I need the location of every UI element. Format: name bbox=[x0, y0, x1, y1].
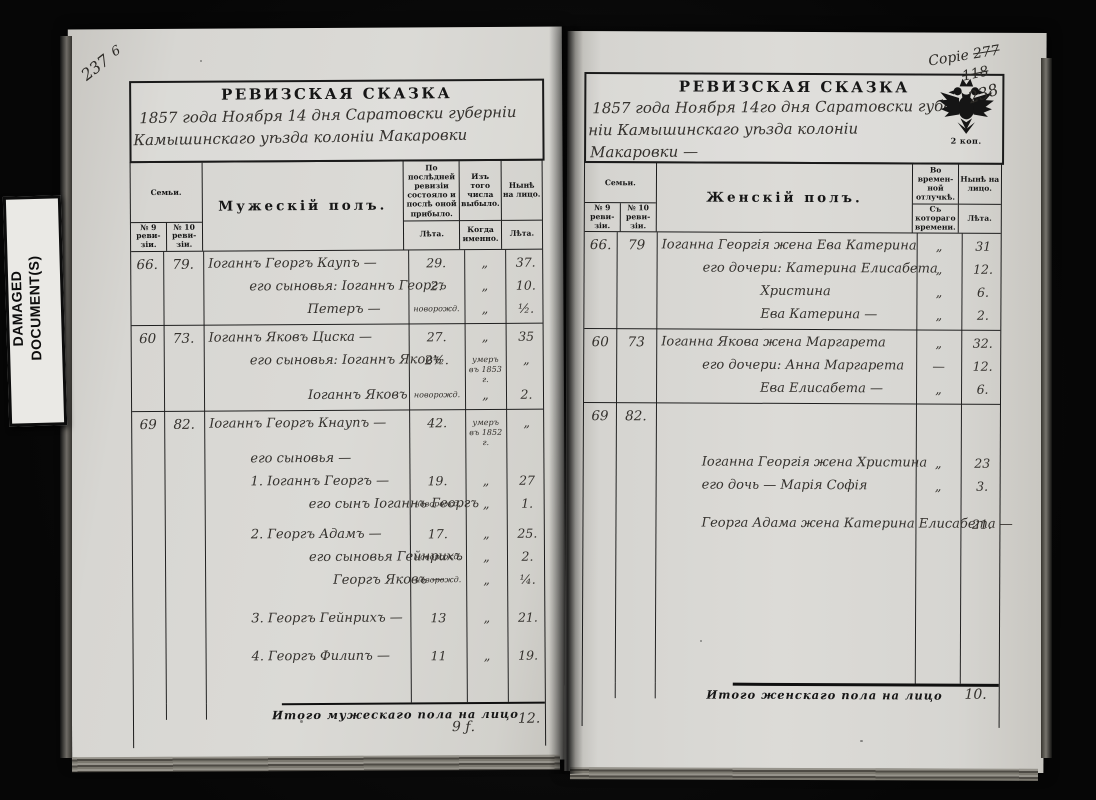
header-rev10: № 10 реви­зіи. bbox=[620, 204, 656, 232]
header-family: Семьи. bbox=[585, 162, 656, 203]
table-row: его дочери: Анна Маргарета—12. bbox=[584, 356, 1000, 381]
table-footer: Итого мужескаго пола на лицо 9 ƒ. 12. bbox=[134, 701, 545, 748]
rev10-number bbox=[616, 380, 656, 382]
table-row: его дочь — Марія Софія„3. bbox=[584, 476, 1000, 501]
table-row: 6982. bbox=[584, 407, 1000, 455]
rev9-number bbox=[131, 279, 163, 281]
rev10-number: 82. bbox=[164, 415, 204, 433]
header-last-revision: По послѣдней ревизіи состояло и послѣ он… bbox=[404, 161, 459, 220]
when-value: „ bbox=[466, 608, 507, 625]
age-last-value: новорожд. bbox=[410, 495, 466, 510]
rev9-number bbox=[585, 259, 617, 261]
when-value bbox=[916, 409, 961, 411]
rev10-number: 82. bbox=[616, 408, 656, 426]
table-row: 1. Іоганнъ Георгъ —19.„27 bbox=[132, 471, 543, 497]
header-present-years: Лѣта. bbox=[958, 204, 1000, 233]
age-last-value: новорожд. bbox=[409, 386, 465, 401]
age-last-value: 2½. bbox=[409, 351, 465, 368]
person-name: его сыновья — bbox=[204, 449, 409, 467]
when-value: „ bbox=[464, 254, 505, 271]
table-row: Петеръ —новорожд.„½. bbox=[131, 299, 542, 325]
female-total-label: Итого женскаго пола на лицо bbox=[706, 688, 942, 703]
rev10-number: 73 bbox=[616, 334, 656, 352]
male-total-label: Итого мужескаго пола на лицо bbox=[272, 706, 519, 722]
rev10-number bbox=[164, 387, 204, 389]
page-stack-bottom-right bbox=[570, 767, 1038, 781]
table-row: 6073Іоганна Якова жена Маргарета„32. bbox=[584, 333, 1000, 358]
when-value: „ bbox=[464, 277, 505, 294]
when-value: „ bbox=[466, 494, 507, 511]
rev10-number bbox=[616, 357, 656, 359]
table-row: Іоганна Георгія жена Христина„23 bbox=[584, 453, 1000, 478]
rev9-number bbox=[132, 474, 164, 476]
age-last-value: новорожд. bbox=[408, 300, 464, 315]
age-last-value: 17. bbox=[410, 525, 466, 542]
male-revision-table: Семьи. № 9 реви­зіи. № 10 реви­зіи. Муже… bbox=[130, 160, 547, 748]
col-present: Нынѣ на лицо. Лѣта. bbox=[957, 164, 1001, 234]
table-row: Іоганнъ Яковъноворожд.„2. bbox=[132, 385, 543, 411]
age-now-value: „ bbox=[506, 413, 547, 430]
rev9-number bbox=[583, 514, 615, 516]
age-now-value bbox=[506, 448, 547, 450]
age-now-value: 3. bbox=[961, 478, 1004, 495]
rev9-number bbox=[584, 453, 616, 455]
rev10-number bbox=[616, 477, 656, 479]
age-now-value bbox=[961, 409, 1004, 411]
rev9-number bbox=[133, 527, 165, 529]
when-value: „ bbox=[465, 328, 506, 345]
person-name: его сыновья: Іоганнъ Яковъ bbox=[204, 351, 409, 369]
header-family: Семьи. bbox=[131, 163, 202, 222]
rev9-number bbox=[584, 305, 616, 307]
table-row: Ева Елисабета —„6. bbox=[584, 379, 1000, 404]
age-now-value: 21. bbox=[507, 608, 548, 625]
age-now-value: 32. bbox=[961, 335, 1004, 352]
page-title: РЕВИЗСКАЯ СКАЗКА bbox=[131, 84, 542, 105]
age-last-value: 29. bbox=[408, 254, 464, 271]
age-now-value: 10. bbox=[505, 276, 546, 293]
rev10-number bbox=[615, 515, 655, 517]
person-name: Георгъ Яковъ — bbox=[205, 571, 410, 589]
table-row: его сыновья: Іоганнъ Георгъ2.„10. bbox=[131, 276, 542, 302]
right-tbody: 66.79Іоганна Георгія жена Ева Катерина„3… bbox=[583, 232, 1001, 684]
person-name: его сыновья Гейнрихъ bbox=[205, 548, 410, 566]
when-value: — bbox=[916, 358, 961, 375]
table-row: 66.79.Іоганнъ Георгъ Каупъ —29.„37. bbox=[131, 253, 542, 279]
header-departed: Изъ того числа выбыло. bbox=[460, 161, 501, 220]
person-name: Ева Катерина — bbox=[656, 306, 916, 324]
rev10-number bbox=[163, 301, 203, 303]
when-value: „ bbox=[465, 472, 506, 489]
col-family: Семьи. № 9 реви­зіи. № 10 реви­зіи. bbox=[585, 162, 656, 232]
age-last-value bbox=[409, 449, 465, 451]
female-total-value: 10. bbox=[964, 687, 986, 703]
age-now-value: 1. bbox=[507, 494, 548, 511]
table-row: 3. Георгъ Гейнрихъ —13„21. bbox=[133, 608, 544, 634]
rev9-number bbox=[132, 388, 164, 390]
rev9-number: 66. bbox=[585, 236, 617, 254]
age-last-value: 19. bbox=[409, 472, 465, 489]
when-value: „ bbox=[916, 478, 961, 495]
rev10-number bbox=[616, 454, 656, 456]
when-value: „ bbox=[916, 307, 961, 324]
rev9-number bbox=[131, 302, 163, 304]
rev10-number bbox=[163, 278, 203, 280]
table-row: 6982.Іоганнъ Георгъ Кнаупъ —42.умеръ въ … bbox=[132, 413, 543, 451]
table-row: его сыновья — bbox=[132, 448, 543, 474]
person-name: Петеръ — bbox=[203, 300, 408, 318]
person-name: Іоганна Георгія жена Христина bbox=[656, 454, 916, 472]
table-row: его сыновья Гейнрихъноворожд.„2. bbox=[133, 547, 544, 573]
rev10-number bbox=[165, 549, 205, 551]
book-fore-edge-right bbox=[1041, 58, 1052, 758]
age-last-value: 2. bbox=[408, 277, 464, 294]
damaged-document-tab: DAMAGED DOCUMENT(S) bbox=[3, 195, 67, 427]
age-now-value: „ bbox=[506, 350, 547, 367]
person-name: Іоганна Якова жена Маргарета bbox=[656, 334, 916, 352]
rev9-number bbox=[585, 282, 617, 284]
age-now-value: 27 bbox=[506, 471, 547, 488]
rev9-number bbox=[584, 356, 616, 358]
table-header: Семьи. № 9 реви­зіи. № 10 реви­зіи. Женс… bbox=[585, 162, 1001, 234]
age-now-value: 2. bbox=[961, 307, 1004, 324]
when-value: „ bbox=[917, 238, 962, 255]
table-row: 6073.Іоганнъ Яковъ Циска —27.„35 bbox=[132, 327, 543, 353]
person-name: 1. Іоганнъ Георгъ — bbox=[204, 472, 409, 490]
family-block: 6982.Іоганна Георгія жена Христина„23его… bbox=[583, 402, 1000, 684]
person-name bbox=[656, 408, 916, 411]
header-absence: Во времен­ной отлуч­кѣ. bbox=[913, 163, 957, 204]
age-last-value: новорожд. bbox=[410, 571, 466, 586]
table-row: 2. Георгъ Адамъ —17.„25. bbox=[133, 524, 544, 550]
table-row: его сыновья: Іоганнъ Яковъ2½.умеръ въ 18… bbox=[132, 350, 543, 388]
rev10-number: 79 bbox=[617, 237, 657, 255]
col-departed: Изъ того числа выбыло. Когда имен­но. bbox=[459, 161, 501, 249]
family-block: 6073.Іоганнъ Яковъ Циска —27.„35его сыно… bbox=[132, 322, 544, 411]
when-value: „ bbox=[466, 524, 507, 541]
family-block: 66.79.Іоганнъ Георгъ Каупъ —29.„37.его с… bbox=[131, 249, 542, 325]
rev10-number bbox=[165, 572, 205, 574]
age-now-value: 35 bbox=[506, 327, 547, 344]
age-now-value: 23 bbox=[961, 455, 1004, 472]
person-name: Іоганнъ Яковъ bbox=[204, 386, 409, 404]
table-row: Христина„6. bbox=[584, 282, 1000, 307]
rev9-number bbox=[132, 353, 164, 355]
header-rev9: № 9 реви­зіи. bbox=[585, 203, 620, 231]
scanned-document: РЕВИЗСКАЯ СКАЗКА 1857 года Ноября 14 дня… bbox=[0, 0, 1096, 800]
damaged-document-label: DAMAGED DOCUMENT(S) bbox=[5, 201, 59, 414]
person-name: Іоганнъ Яковъ Циска — bbox=[204, 328, 409, 346]
age-now-value: 31 bbox=[962, 238, 1005, 255]
when-value: умеръ въ 1852 г. bbox=[465, 414, 506, 449]
rev9-number bbox=[133, 611, 165, 613]
table-row: Ева Катерина —„2. bbox=[584, 305, 1000, 330]
age-now-value: ¼. bbox=[507, 570, 548, 587]
person-name: Георга Адама жена Катерина Елисабета — bbox=[655, 515, 915, 533]
rev10-number bbox=[165, 610, 205, 612]
header-absence-since: Съ котораго времени. bbox=[913, 204, 957, 233]
table-row: 66.79Іоганна Георгія жена Ева Катерина„3… bbox=[585, 236, 1001, 261]
table-row: Георгъ Яковъ —новорожд.„¼. bbox=[133, 570, 544, 596]
table-row: его дочери: Катерина Елисабета„12. bbox=[585, 259, 1001, 284]
rev10-number bbox=[165, 526, 205, 528]
person-name: его дочь — Марія Софія bbox=[656, 477, 916, 495]
footer-rule bbox=[733, 683, 999, 687]
header-present: Нынѣ на лицо. bbox=[501, 161, 542, 220]
rev9-number bbox=[584, 379, 616, 381]
person-name: 3. Георгъ Гейнрихъ — bbox=[205, 609, 410, 627]
left-page-header: РЕВИЗСКАЯ СКАЗКА 1857 года Ноября 14 дня… bbox=[129, 79, 544, 164]
when-value: „ bbox=[466, 570, 507, 587]
person-name: его дочери: Анна Маргарета bbox=[656, 357, 916, 375]
rev10-number bbox=[164, 473, 204, 475]
table-header: Семьи. № 9 реви­зіи. № 10 реви­зіи. Муже… bbox=[131, 161, 543, 252]
when-value: „ bbox=[465, 386, 506, 403]
family-block: 6982.Іоганнъ Георгъ Кнаупъ —42.умеръ въ … bbox=[132, 408, 545, 704]
when-value: „ bbox=[916, 455, 961, 472]
person-name: его дочери: Катерина Елисабета bbox=[657, 260, 917, 278]
when-value: „ bbox=[466, 547, 507, 564]
stamp-denomination: 2 коп. bbox=[934, 136, 998, 146]
table-row: его сынъ Іоганнъ Георгъноворожд.„1. bbox=[133, 494, 544, 520]
rev9-number bbox=[134, 649, 166, 651]
left-page: РЕВИЗСКАЯ СКАЗКА 1857 года Ноября 14 дня… bbox=[68, 26, 566, 762]
rev9-number bbox=[133, 550, 165, 552]
age-now-value: 12. bbox=[962, 261, 1005, 278]
table-footer: Итого женскаго пола на лицо 10. bbox=[583, 682, 999, 728]
age-now-value: ½. bbox=[505, 299, 546, 316]
page-stack-bottom-left bbox=[72, 755, 560, 773]
rev9-number bbox=[584, 476, 616, 478]
when-value: „ bbox=[916, 381, 961, 398]
right-page: РЕВИЗСКАЯ СКАЗКА 1857 года Ноября 14го д… bbox=[564, 31, 1046, 773]
rev10-number bbox=[166, 648, 206, 650]
age-now-value: 21. bbox=[960, 516, 1003, 533]
book-gutter-shadow bbox=[549, 26, 583, 774]
rev9-number bbox=[133, 573, 165, 575]
table-row: 4. Георгъ Филипъ —11„19. bbox=[134, 646, 545, 672]
rev10-number bbox=[616, 306, 656, 308]
rev10-number bbox=[617, 283, 657, 285]
age-last-value: 42. bbox=[409, 414, 465, 431]
header-present-years: Лѣта. bbox=[502, 219, 542, 248]
rev10-number bbox=[165, 496, 205, 498]
table-row: Георга Адама жена Катерина Елисабета —21… bbox=[583, 514, 999, 539]
age-last-value: 13 bbox=[410, 609, 466, 626]
rev9-number: 69 bbox=[584, 407, 616, 425]
header-present: Нынѣ на лицо. bbox=[959, 164, 1001, 205]
person-name: его сыновья: Іоганнъ Георгъ bbox=[203, 277, 408, 295]
when-value: „ bbox=[916, 284, 961, 301]
when-value: „ bbox=[916, 335, 961, 352]
when-value: „ bbox=[467, 646, 508, 663]
age-last-value: 11 bbox=[411, 647, 467, 664]
age-now-value: 19. bbox=[508, 646, 549, 663]
rev9-number bbox=[133, 497, 165, 499]
when-value bbox=[915, 516, 960, 518]
person-name: 4. Георгъ Филипъ — bbox=[206, 647, 411, 665]
rev9-number bbox=[132, 451, 164, 453]
col-present: Нынѣ на лицо. Лѣта. bbox=[500, 161, 542, 249]
rev9-number: 60 bbox=[132, 330, 164, 348]
age-last-value: 27. bbox=[409, 328, 465, 345]
col-family: Семьи. № 9 реви­зіи. № 10 реви­зіи. bbox=[131, 163, 202, 251]
person-name: его сынъ Іоганнъ Георгъ bbox=[205, 495, 410, 513]
rev9-number: 60 bbox=[584, 333, 616, 351]
age-now-value: 6. bbox=[961, 381, 1004, 398]
right-page-header: РЕВИЗСКАЯ СКАЗКА 1857 года Ноября 14го д… bbox=[584, 72, 1004, 165]
person-name: Іоганнъ Георгъ Кнаупъ — bbox=[204, 414, 409, 432]
age-now-value: 37. bbox=[505, 253, 546, 270]
rev9-number: 69 bbox=[132, 416, 164, 434]
handwritten-mark: 9 ƒ. bbox=[452, 719, 475, 735]
when-value: „ bbox=[464, 300, 505, 317]
age-now-value: 2. bbox=[507, 547, 548, 564]
when-value: „ bbox=[917, 261, 962, 278]
person-name: Іоганна Георгія жена Ева Катерина bbox=[657, 237, 917, 255]
rev10-number bbox=[164, 352, 204, 354]
header-last-revision-years: Лѣта. bbox=[404, 220, 459, 249]
age-now-value: 2. bbox=[506, 385, 547, 402]
person-name: Христина bbox=[656, 283, 916, 301]
person-name: 2. Георгъ Адамъ — bbox=[205, 525, 410, 543]
header-rev10: № 10 реви­зіи. bbox=[166, 222, 202, 250]
col-last-revision: По послѣдней ревизіи состояло и послѣ он… bbox=[403, 161, 459, 249]
rev9-number: 66. bbox=[131, 256, 163, 274]
left-tbody: 66.79.Іоганнъ Георгъ Каупъ —29.„37.его с… bbox=[131, 249, 545, 704]
col-temporary-absence: Во времен­ной отлуч­кѣ. Съ котораго врем… bbox=[912, 163, 958, 233]
footer-rule bbox=[282, 701, 545, 705]
person-name: Іоганнъ Георгъ Каупъ — bbox=[203, 254, 408, 272]
family-block: 6073Іоганна Якова жена Маргарета„32.его … bbox=[584, 328, 1000, 404]
family-block: 66.79Іоганна Георгія жена Ева Катерина„3… bbox=[584, 232, 1000, 330]
header-departed-when: Когда имен­но. bbox=[460, 220, 501, 249]
female-revision-table: Семьи. № 9 реви­зіи. № 10 реви­зіи. Женс… bbox=[582, 161, 1002, 728]
header-female-sex: Женскій полъ. bbox=[656, 162, 913, 233]
rev10-number bbox=[617, 260, 657, 262]
age-last-value: новорожд. bbox=[410, 548, 466, 563]
age-now-value: 25. bbox=[507, 524, 548, 541]
header-rev9: № 9 реви­зіи. bbox=[131, 223, 166, 251]
age-now-value: 12. bbox=[961, 358, 1004, 375]
when-value: умеръ въ 1853 г. bbox=[465, 351, 506, 386]
rev10-number: 79. bbox=[163, 255, 203, 273]
rev10-number bbox=[164, 450, 204, 452]
male-total-value: 12. bbox=[518, 710, 540, 726]
header-male-sex: Мужескій полъ. bbox=[201, 161, 403, 250]
when-value bbox=[465, 449, 506, 451]
person-name: Ева Елисабета — bbox=[656, 380, 916, 398]
rev10-number: 73. bbox=[164, 329, 204, 347]
age-now-value: 6. bbox=[961, 284, 1004, 301]
